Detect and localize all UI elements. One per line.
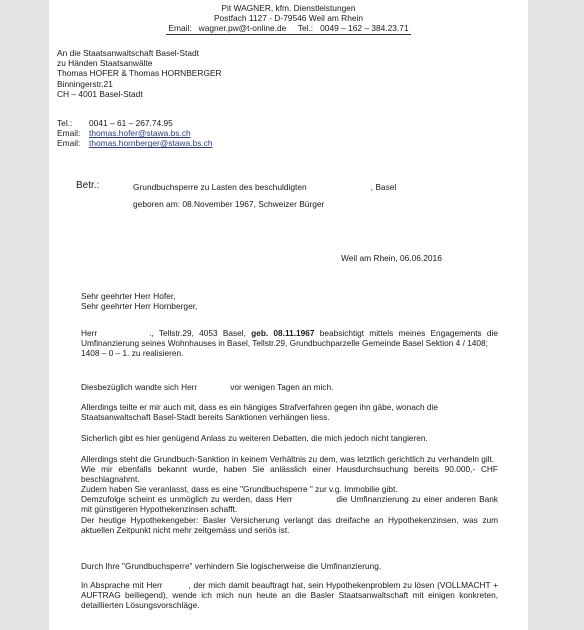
text: Diesbezüglich wandte sich Herr [81, 382, 197, 392]
subject-line-2: geboren am: 08.November 1967, Schweizer … [133, 199, 324, 209]
text-line: Demzufolge scheint es unmöglich zu werde… [81, 494, 498, 514]
paragraph-contact: Diesbezüglich wandte sich Herrvor wenige… [81, 382, 498, 392]
place-date: Weil am Rhein, 06.06.2016 [341, 253, 442, 263]
letter-page: Pit WAGNER, kfm. Dienstleistungen Postfa… [49, 0, 528, 630]
text: vor wenigen Tagen an mich. [230, 382, 333, 392]
salutation-line: Sehr geehrter Herr Hofer, [81, 291, 197, 301]
recipient-email-hornberger[interactable]: thomas.hornberger@stawa.bs.ch [89, 138, 213, 148]
text: In Absprache mit Herr [81, 580, 163, 590]
sender-header: Pit WAGNER, kfm. Dienstleistungen Postfa… [49, 3, 528, 35]
text: Allerdings steht die Grundbuch-Sanktion … [81, 454, 498, 464]
recipient-tel: 0041 – 61 – 267.74.95 [89, 118, 173, 128]
recipient-email-label: Email: [57, 128, 89, 138]
text: Zudem haben Sie veranlasst, dass es eine… [81, 484, 498, 494]
recipient-email-hofer[interactable]: thomas.hofer@stawa.bs.ch [89, 128, 191, 138]
birth-date: geb. 08.11.1967 [251, 328, 314, 338]
sender-email[interactable]: wagner.pw@t-online.de [199, 23, 287, 33]
salutation: Sehr geehrter Herr Hofer, Sehr geehrter … [81, 291, 197, 311]
paragraph-proceedings: Allerdings teilte er mir auch mit, dass … [81, 402, 498, 422]
subject-suffix: , Basel [371, 182, 397, 192]
sender-tel-label: Tel.: [298, 23, 313, 33]
subject-text: Grundbuchsperre zu Lasten des beschuldig… [133, 182, 307, 192]
sender-address: Postfach 1127 - D-79546 Weil am Rhein [49, 13, 528, 23]
paragraph-intro: Herr., Tellstr.29, 4053 Basel, geb. 08.1… [81, 328, 498, 358]
subject-line-1: Grundbuchsperre zu Lasten des beschuldig… [133, 182, 396, 192]
text: 1408 – 0 – 1. zu realisieren. [81, 348, 183, 358]
sender-email-label: Email: [168, 23, 191, 33]
paragraph-blocking: Durch Ihre "Grundbuchsperre" verhindern … [81, 561, 498, 571]
sender-tel: 0049 – 162 – 384.23.71 [320, 23, 409, 33]
recipient-email-label: Email: [57, 138, 89, 148]
recipient-tel-label: Tel.: [57, 118, 89, 128]
recipient-line: zu Händen Staatsanwälte [57, 58, 222, 68]
recipient-line: CH – 4001 Basel-Stadt [57, 89, 222, 99]
subject-label: Betr.: [76, 181, 99, 191]
recipient-address: An die Staatsanwaltschaft Basel-Stadt zu… [57, 48, 222, 99]
sender-contact: Email: wagner.pw@t-online.de Tel.: 0049 … [166, 23, 410, 34]
paragraph-sanction: Allerdings steht die Grundbuch-Sanktion … [81, 454, 498, 535]
sender-name: Pit WAGNER, kfm. Dienstleistungen [49, 3, 528, 13]
text: Wie mir ebenfalls bekannt wurde, haben S… [81, 464, 498, 484]
text: ., Tellstr.29, 4053 Basel, [149, 328, 246, 338]
salutation-line: Sehr geehrter Herr Hornberger, [81, 301, 197, 311]
paragraph-request: In Absprache mit Herr, der mich damit be… [81, 580, 498, 610]
recipient-line: Binningerstr.21 [57, 79, 222, 89]
text: Der heutige Hypothekengeber: Basler Vers… [81, 515, 498, 535]
recipient-line: An die Staatsanwaltschaft Basel-Stadt [57, 48, 222, 58]
text: Demzufolge scheint es unmöglich zu werde… [81, 494, 292, 504]
recipient-line: Thomas HOFER & Thomas HORNBERGER [57, 68, 222, 78]
text: Herr [81, 328, 97, 338]
recipient-contact: Tel.:0041 – 61 – 267.74.95 Email:thomas.… [57, 118, 213, 149]
paragraph-debate: Sicherlich gibt es hier genügend Anlass … [81, 433, 498, 443]
